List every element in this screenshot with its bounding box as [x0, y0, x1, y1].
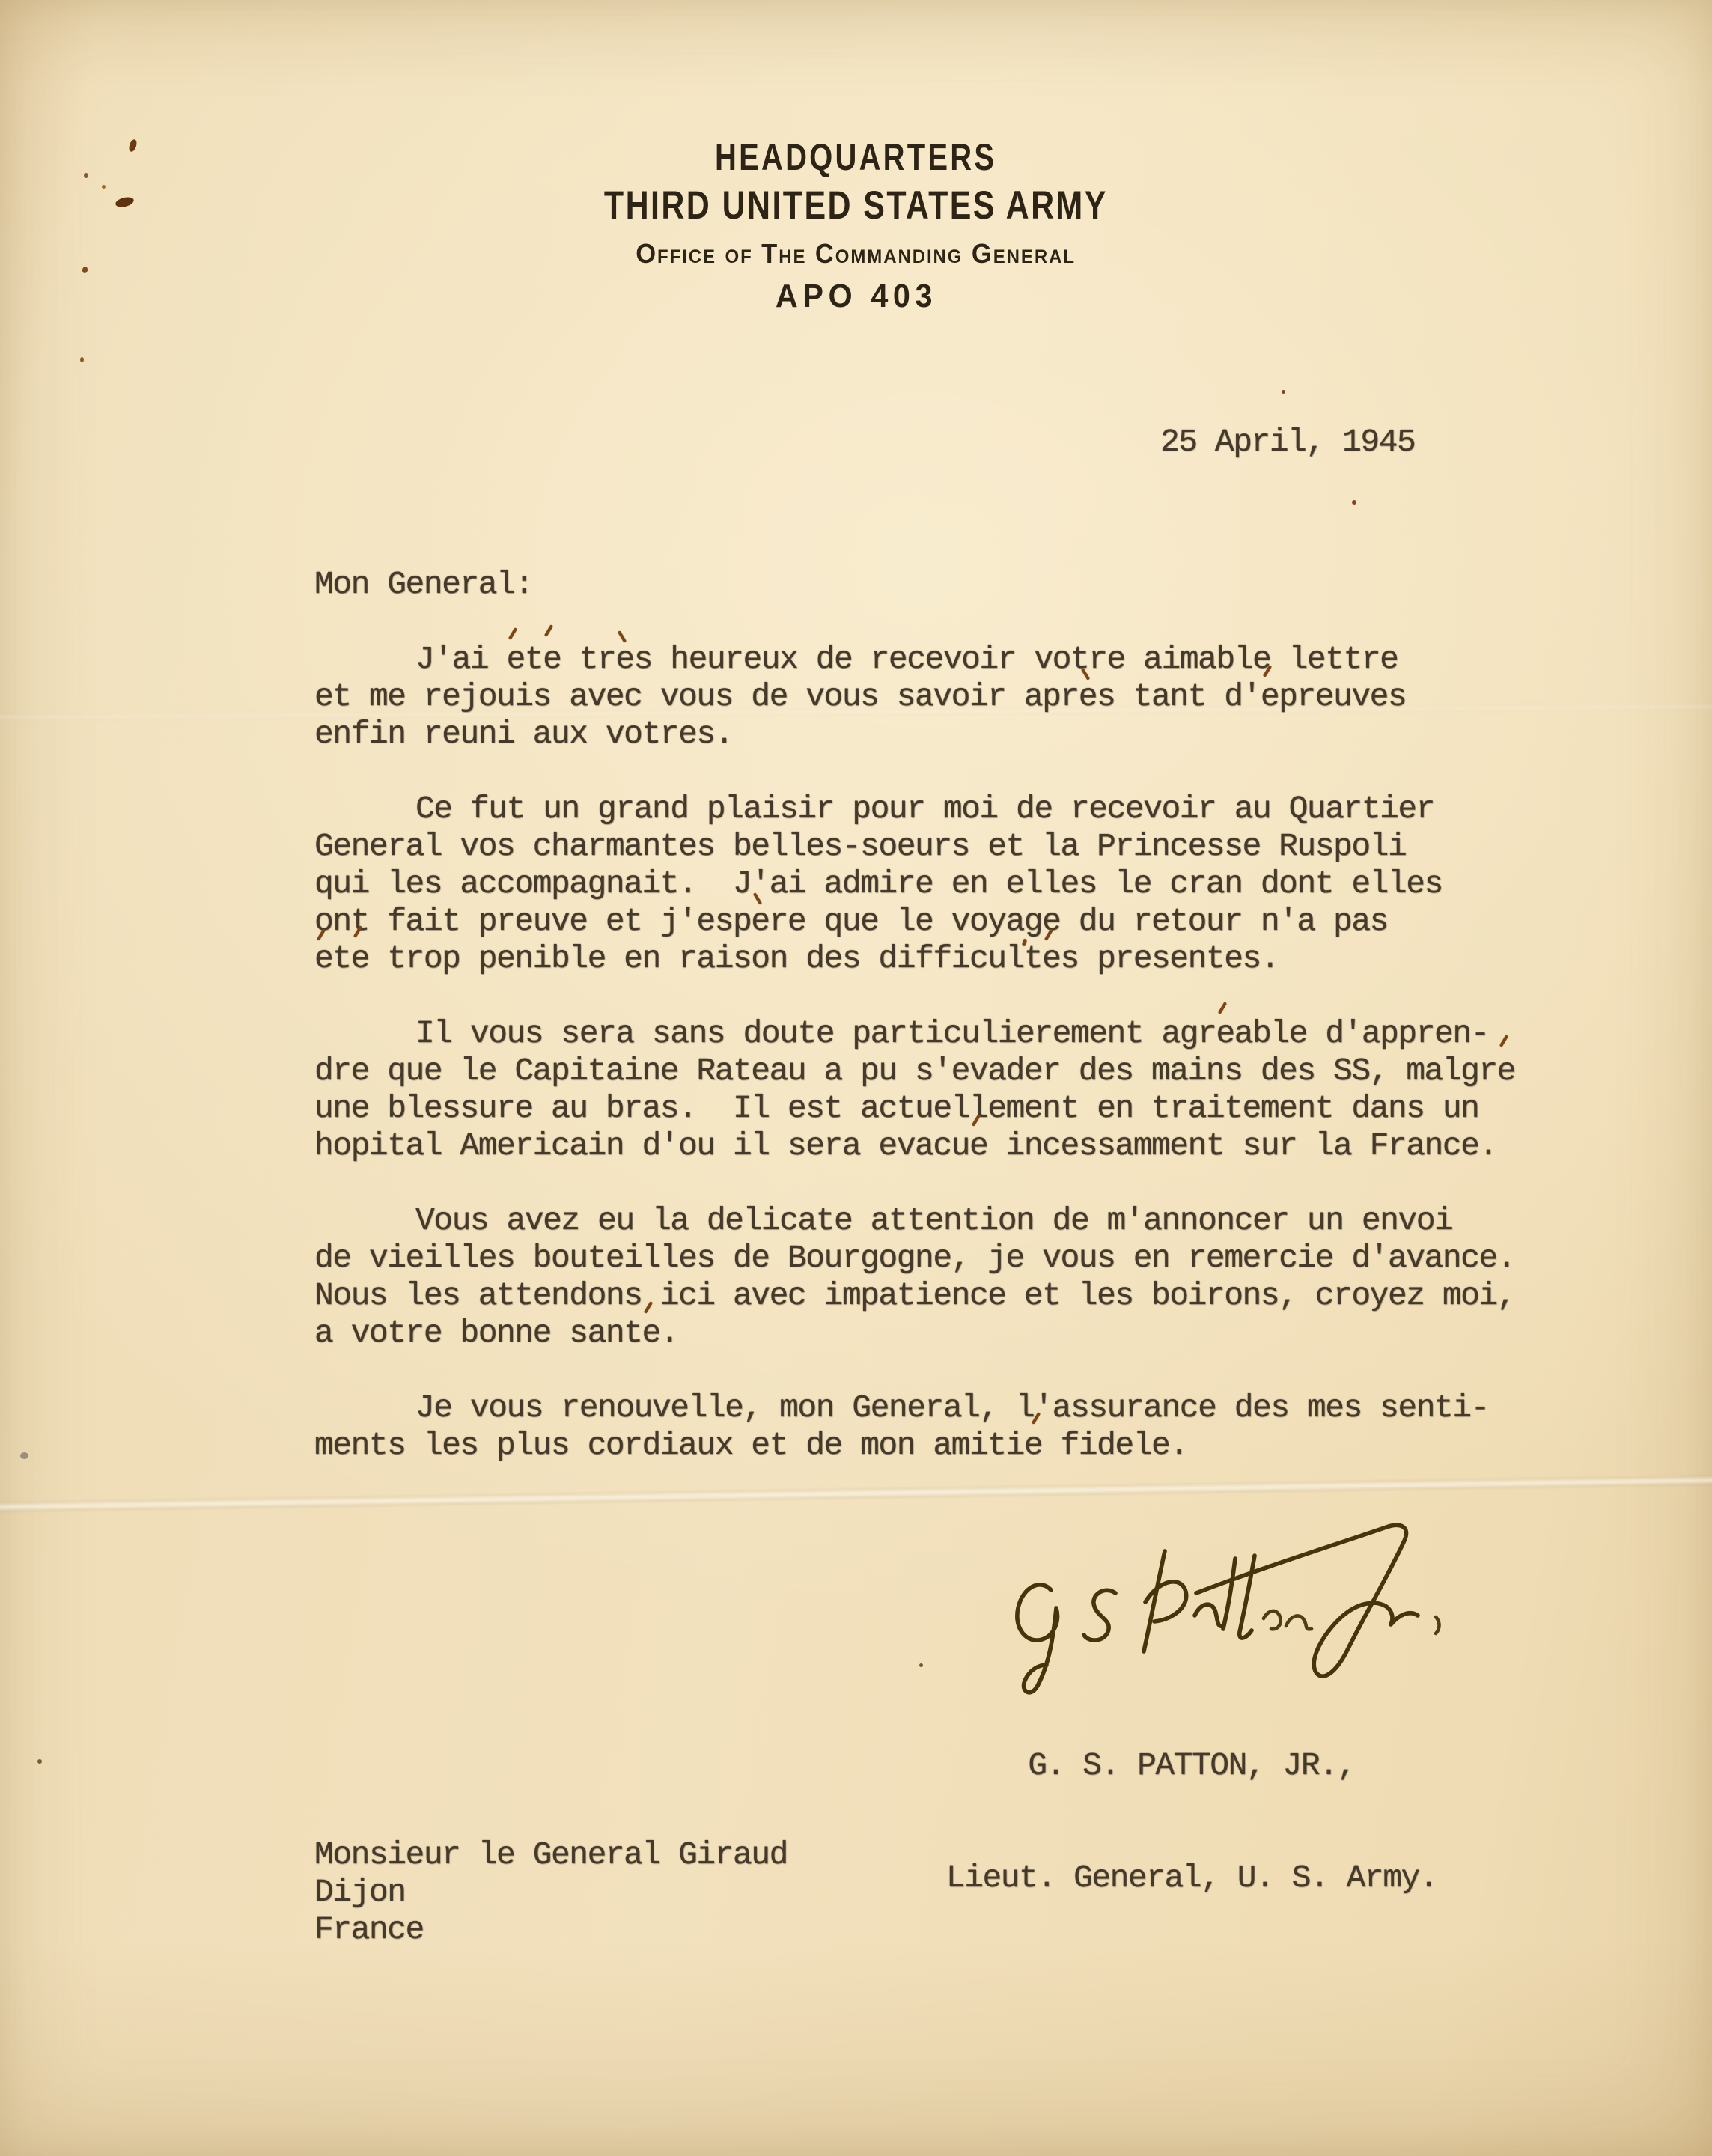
body-line: de vieilles bouteilles de Bourgogne, je … — [314, 1240, 1587, 1277]
body-line: ete trop penible en raison des difficult… — [314, 940, 1587, 978]
body-line: J'ai ete tres heureux de recevoir votre … — [314, 641, 1587, 678]
body-paragraph: Ce fut un grand plaisir pour moi de rece… — [314, 791, 1587, 978]
body-line: enfin reuni aux votres. — [314, 716, 1587, 753]
letterhead-apo: APO 403 — [0, 278, 1712, 315]
handwritten-signature — [996, 1497, 1482, 1699]
ink-speck — [20, 1452, 28, 1459]
letterhead-headquarters: HEADQUARTERS — [0, 135, 1712, 179]
body-paragraph: Il vous sera sans doute particulierement… — [314, 1015, 1587, 1165]
body-line: qui les accompagnait. J'ai admire en ell… — [314, 865, 1587, 903]
body-line: Vous avez eu la delicate attention de m'… — [314, 1202, 1587, 1240]
letterhead-line-text: Office of The Commanding General — [636, 238, 1076, 269]
letterhead-army-name: THIRD UNITED STATES ARMY — [0, 183, 1712, 228]
letterhead-line-text: THIRD UNITED STATES ARMY — [604, 183, 1108, 228]
signature-stroke-on — [1264, 1611, 1312, 1629]
body-paragraph: Vous avez eu la delicate attention de m'… — [314, 1202, 1587, 1352]
letterhead-line-text: HEADQUARTERS — [715, 135, 996, 179]
salutation: Mon General: — [314, 566, 533, 603]
recipient-line: Monsieur le General Giraud — [314, 1836, 788, 1873]
body-line: General vos charmantes belles-soeurs et … — [314, 828, 1587, 865]
body-line: Je vous renouvelle, mon General, l'assur… — [314, 1389, 1587, 1427]
typed-signature-name: G. S. PATTON, JR., — [868, 1747, 1515, 1785]
signature-stroke-S — [1084, 1590, 1115, 1640]
body-line: a votre bonne sante. — [314, 1315, 1587, 1352]
typed-signature-block: G. S. PATTON, JR., Lieut. General, U. S.… — [868, 1672, 1515, 1972]
signature-stroke-end-tick — [1436, 1617, 1440, 1633]
letterhead-office: Office of The Commanding General — [0, 238, 1712, 269]
body-line: dre que le Capitaine Rateau a pu s'evade… — [314, 1053, 1587, 1090]
body-line: une blessure au bras. Il est actuellemen… — [314, 1090, 1587, 1127]
signature-stroke-t2 — [1240, 1556, 1255, 1638]
body-line: ments les plus cordiaux et de mon amitie… — [314, 1427, 1587, 1464]
body-line: Nous les attendons ici avec impatience e… — [314, 1277, 1587, 1315]
body-paragraph: J'ai ete tres heureux de recevoir votre … — [314, 641, 1587, 753]
letter-body: J'ai ete tres heureux de recevoir votre … — [314, 641, 1587, 1502]
ink-speck — [919, 1663, 923, 1667]
date-line: 25 April, 1945 — [1160, 424, 1415, 461]
ink-speck — [80, 357, 84, 362]
body-line: et me rejouis avec vous de vous savoir a… — [314, 678, 1587, 716]
pen-accent-acute — [544, 624, 553, 637]
body-line: Ce fut un grand plaisir pour moi de rece… — [314, 791, 1587, 828]
recipient-line: Dijon — [314, 1873, 788, 1910]
letterhead-line-text: APO 403 — [775, 278, 936, 315]
body-line: ont fait preuve et j'espere que le voyag… — [314, 903, 1587, 940]
recipient-line: France — [314, 1910, 788, 1948]
body-line: Il vous sera sans doute particulierement… — [314, 1015, 1587, 1053]
signature-stroke-t1 — [1223, 1559, 1235, 1629]
body-line: hopital Americain d'ou il sera evacue in… — [314, 1127, 1587, 1165]
signature-stroke-a — [1195, 1604, 1223, 1626]
ink-speck — [37, 1759, 42, 1764]
recipient-address-block: Monsieur le General GiraudDijonFrance — [314, 1836, 788, 1948]
letter-page: HEADQUARTERS THIRD UNITED STATES ARMY Of… — [0, 0, 1712, 2156]
typed-signature-title: Lieut. General, U. S. Army. — [868, 1860, 1515, 1897]
pen-accent-acute — [508, 627, 517, 640]
ink-speck — [1282, 390, 1285, 394]
body-paragraph: Je vous renouvelle, mon General, l'assur… — [314, 1389, 1587, 1464]
ink-speck — [1352, 500, 1356, 505]
